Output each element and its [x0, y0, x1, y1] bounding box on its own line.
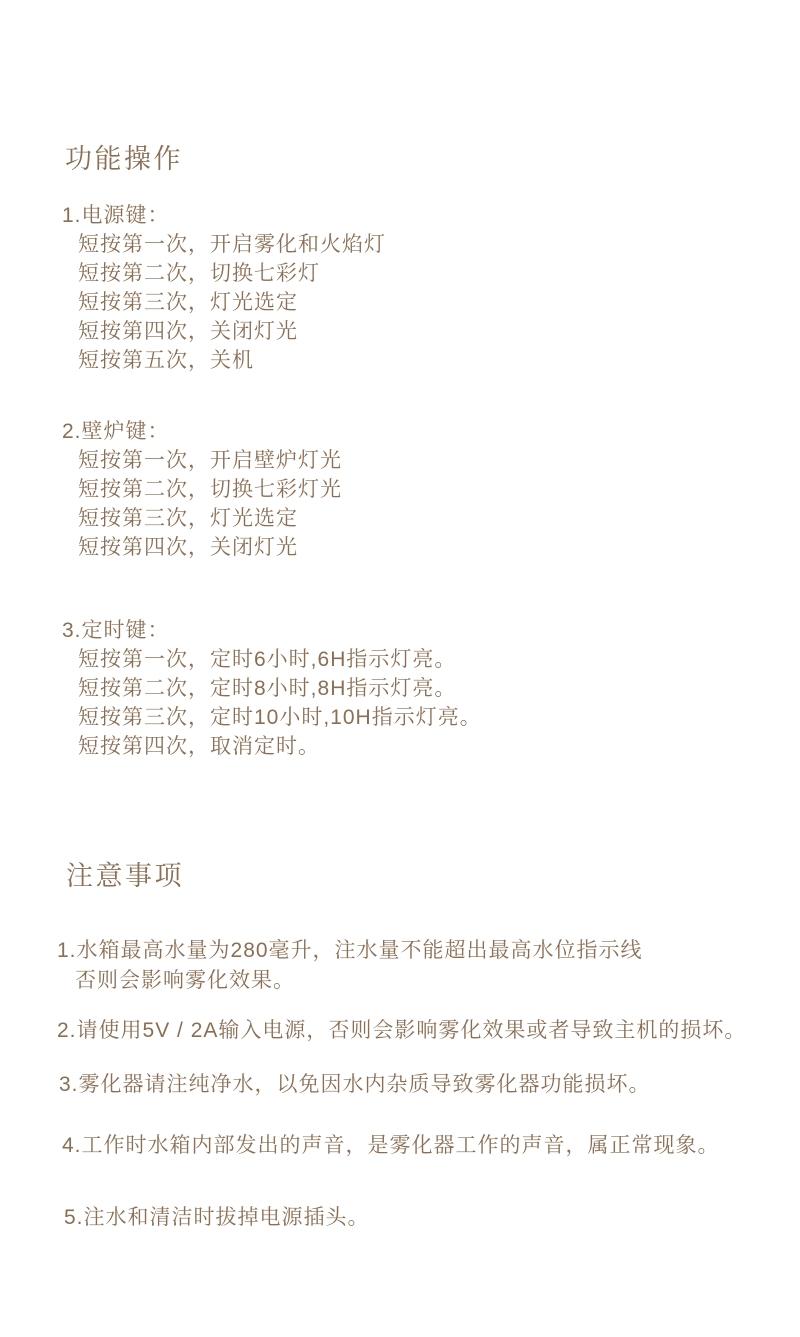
- timer-key-heading: 3.定时键：: [62, 616, 800, 645]
- power-key-group: 1.电源键： 短按第一次，开启雾化和火焰灯 短按第二次，切换七彩灯 短按第三次，…: [0, 201, 800, 375]
- instruction-line: 短按第一次，开启雾化和火焰灯: [78, 230, 800, 259]
- precaution-item: 1.水箱最高水量为280毫升，注水量不能超出最高水位指示线 否则会影响雾化效果。: [57, 936, 800, 996]
- instruction-line: 短按第三次，灯光选定: [78, 288, 800, 317]
- precaution-line-continuation: 否则会影响雾化效果。: [57, 966, 800, 996]
- power-key-heading: 1.电源键：: [62, 201, 800, 230]
- function-operation-section: 功能操作 1.电源键： 短按第一次，开启雾化和火焰灯 短按第二次，切换七彩灯 短…: [0, 0, 800, 761]
- precaution-line: 4.工作时水箱内部发出的声音，是雾化器工作的声音，属正常现象。: [62, 1131, 800, 1161]
- manual-page: 功能操作 1.电源键： 短按第一次，开启雾化和火焰灯 短按第二次，切换七彩灯 短…: [0, 0, 800, 1337]
- function-operation-title: 功能操作: [65, 143, 800, 175]
- instruction-line: 短按第四次，关闭灯光: [78, 317, 800, 346]
- instruction-line: 短按第五次，关机: [78, 346, 800, 375]
- precaution-item: 2.请使用5V / 2A输入电源，否则会影响雾化效果或者导致主机的损坏。: [57, 1016, 800, 1046]
- timer-key-group: 3.定时键： 短按第一次，定时6小时,6H指示灯亮。 短按第二次，定时8小时,8…: [0, 616, 800, 761]
- instruction-line: 短按第四次，关闭灯光: [78, 533, 800, 562]
- precaution-line: 2.请使用5V / 2A输入电源，否则会影响雾化效果或者导致主机的损坏。: [57, 1016, 800, 1046]
- instruction-line: 短按第一次，开启壁炉灯光: [78, 446, 800, 475]
- precaution-item: 3.雾化器请注纯净水，以免因水内杂质导致雾化器功能损坏。: [59, 1070, 800, 1100]
- instruction-line: 短按第二次，切换七彩灯: [78, 259, 800, 288]
- precaution-line: 3.雾化器请注纯净水，以免因水内杂质导致雾化器功能损坏。: [59, 1070, 800, 1100]
- precaution-line: 5.注水和清洁时拔掉电源插头。: [64, 1203, 800, 1233]
- precaution-line: 1.水箱最高水量为280毫升，注水量不能超出最高水位指示线: [57, 936, 800, 966]
- instruction-line: 短按第二次，切换七彩灯光: [78, 475, 800, 504]
- fireplace-key-group: 2.壁炉键： 短按第一次，开启壁炉灯光 短按第二次，切换七彩灯光 短按第三次，灯…: [0, 417, 800, 562]
- precaution-item: 4.工作时水箱内部发出的声音，是雾化器工作的声音，属正常现象。: [62, 1131, 800, 1161]
- instruction-line: 短按第四次，取消定时。: [78, 732, 800, 761]
- instruction-line: 短按第一次，定时6小时,6H指示灯亮。: [78, 645, 800, 674]
- instruction-line: 短按第三次，定时10小时,10H指示灯亮。: [78, 703, 800, 732]
- instruction-line: 短按第三次，灯光选定: [78, 504, 800, 533]
- precautions-section: 注意事项 1.水箱最高水量为280毫升，注水量不能超出最高水位指示线 否则会影响…: [0, 761, 800, 1233]
- precautions-title: 注意事项: [66, 860, 800, 892]
- fireplace-key-heading: 2.壁炉键：: [62, 417, 800, 446]
- instruction-line: 短按第二次，定时8小时,8H指示灯亮。: [78, 674, 800, 703]
- precaution-item: 5.注水和清洁时拔掉电源插头。: [64, 1203, 800, 1233]
